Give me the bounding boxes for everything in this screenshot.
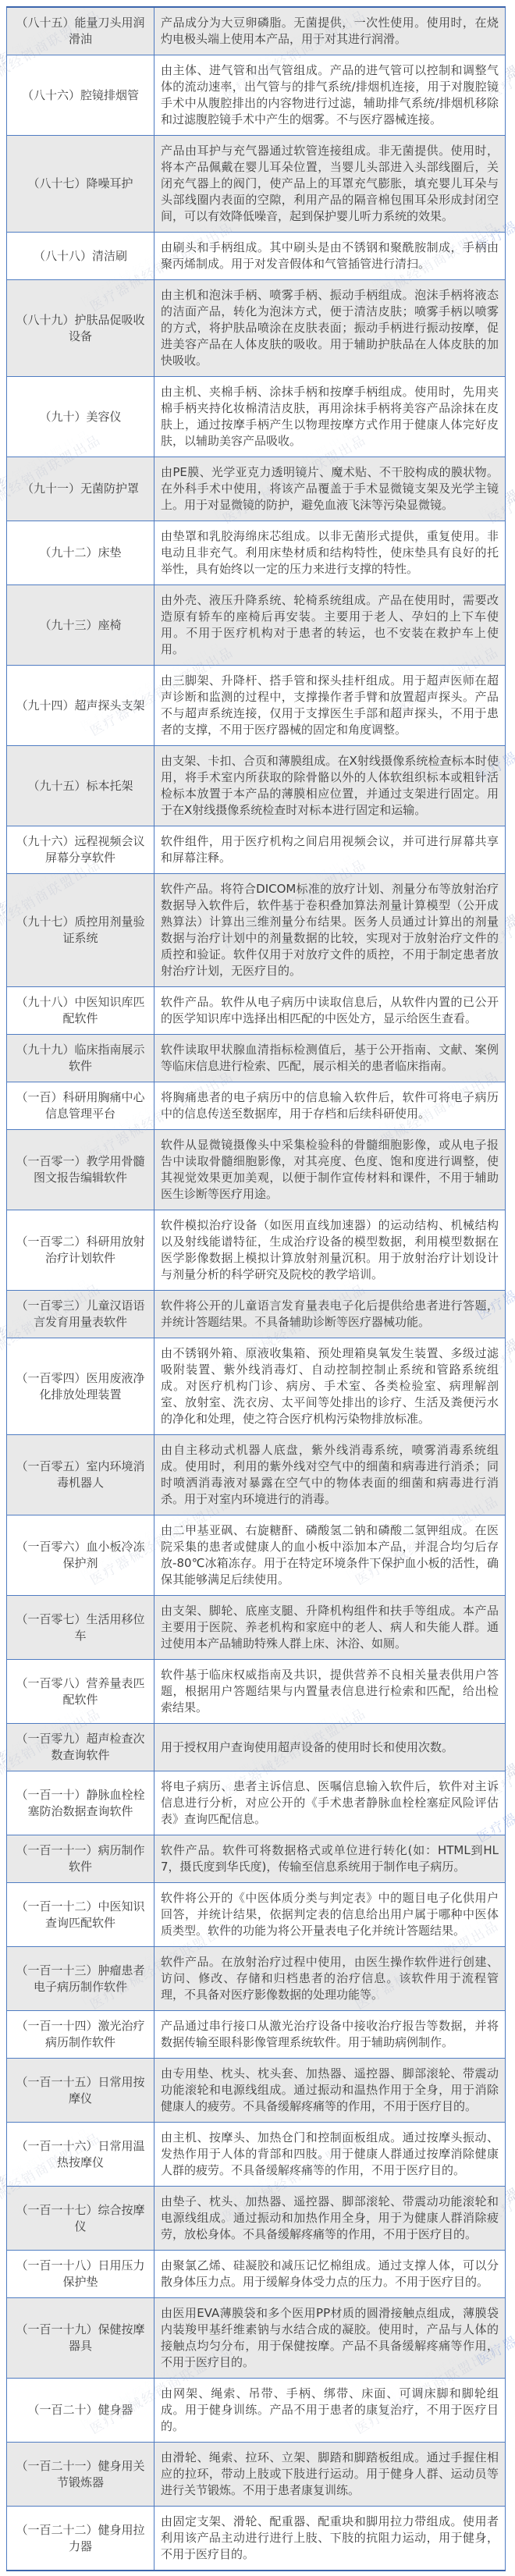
device-description: 软件读取甲状腺血清指标检测值后，基于公开指南、文献、案例等临床信息进行检索、匹配…	[154, 1035, 506, 1082]
device-description: 由垫子、枕头、加热器、遥控器、脚部滚轮、带震动功能滚轮和电源线组成。通过振动和加…	[154, 2187, 506, 2251]
device-name: （八十六）腔镜排烟管	[7, 55, 154, 136]
device-name: （一百一十四）激光治疗病历制作软件	[7, 2011, 154, 2059]
table-row: （一百一十一）病历制作软件 软件产品。软件可将数据格式或单位进行转化(如：HTM…	[7, 1835, 506, 1883]
table-row: （一百零二）科研用放射治疗计划软件 软件模拟治疗设备（如医用直线加速器）的运动结…	[7, 1210, 506, 1291]
table-row: （八十八）清洁刷 由刷头和手柄组成。其中刷头是由不锈钢和聚酰胺制成，手柄由聚丙烯…	[7, 233, 506, 280]
device-name: （八十九）护肤品促吸收设备	[7, 280, 154, 377]
device-name: （一百零三）儿童汉语语言发育用量表软件	[7, 1291, 154, 1338]
table-row: （九十三）座椅 由外壳、液压升降系统、轮椅系统组成。产品在使用时，需要改造原有轿…	[7, 585, 506, 666]
device-name: （一百零二）科研用放射治疗计划软件	[7, 1210, 154, 1291]
table-row: （一百零六）血小板冷冻保护剂 由二甲基亚砜、右旋糖酐、磷酸氢二钠和磷酸二氢钾组成…	[7, 1515, 506, 1596]
device-name: （一百零六）血小板冷冻保护剂	[7, 1515, 154, 1596]
device-description: 由二甲基亚砜、右旋糖酐、磷酸氢二钠和磷酸二氢钾组成。在医院采集的患者或健康人的血…	[154, 1515, 506, 1596]
device-name: （一百一十二）中医知识查询匹配软件	[7, 1883, 154, 1947]
device-description: 用于授权用户查询使用超声设备的使用时长和使用次数。	[154, 1724, 506, 1771]
device-name: （一百一十三）肿瘤患者电子病历制作软件	[7, 1947, 154, 2011]
device-name: （一百一十五）日常用按摩仪	[7, 2059, 154, 2123]
device-description: 软件从显微镜摄像头中采集检验科的骨髓细胞影像，或从电子报告中读取骨髓细胞影像，对…	[154, 1130, 506, 1210]
device-description: 由固定支架、滑轮、配重器、配重块和脚用拉力带组成。使用者利用该产品主动进行进行上…	[154, 2507, 506, 2571]
device-description: 产品通过串行接口从激光治疗设备中接收治疗报告等数据，并将数据传输至眼科影像管理系…	[154, 2011, 506, 2059]
device-description: 由支架、卡扣、合页和薄膜组成。在X射线摄像系统检查标本时使用，将手术室内所获取的…	[154, 746, 506, 826]
table-row: （一百零八）营养量表匹配软件 软件基于临床权威指南及共识，提供营养不良相关量表供…	[7, 1660, 506, 1724]
device-name: （九十八）中医知识库匹配软件	[7, 987, 154, 1035]
device-description: 由网架、绳索、吊带、手柄、绑带、床面、可调床脚和脚轮组成。用于健身训练。产品不用…	[154, 2379, 506, 2443]
device-description: 软件产品。在放射治疗过程中使用，由医生操作软件进行创建、访问、修改、存储和归档患…	[154, 1947, 506, 2011]
device-description: 由自主移动式机器人底盘，紫外线消毒系统，喷雾消毒系统组成。使用时，利用的紫外线对…	[154, 1435, 506, 1515]
table-row: （一百零三）儿童汉语语言发育用量表软件 软件将公开的儿童语言发育量表电子化后提供…	[7, 1291, 506, 1338]
device-name: （九十一）无菌防护罩	[7, 457, 154, 521]
table-row: （八十七）降噪耳护 产品由耳护与充气器通过软管连接组成。非无菌提供。使用时，将本…	[7, 136, 506, 233]
table-row: （一百一十八）日用压力保护垫 由聚氯乙烯、硅凝胶和减压记忆棉组成。通过支撑人体，…	[7, 2251, 506, 2298]
table-row: （一百一十九）保健按摩器具 由医用EVA薄膜袋和多个医用PP材质的圆滑接触点组成…	[7, 2298, 506, 2379]
table-row: （九十二）床垫 由垫罩和乳胶海绵床芯组成。以非无菌形式提供，重复使用。非电动且非…	[7, 521, 506, 585]
table-row: （一百一十二）中医知识查询匹配软件 软件将公开的《中医体质分类与判定表》中的题目…	[7, 1883, 506, 1947]
device-description: 由主机、夹棉手柄、涂抹手柄和按摩手柄组成。使用时，先用夹棉手柄夹持化妆棉清洁皮肤…	[154, 377, 506, 457]
device-name: （一百零九）超声检查次数查询软件	[7, 1724, 154, 1771]
device-description: 由外壳、液压升降系统、轮椅系统组成。产品在使用时，需要改造原有轿车的座椅后再安装…	[154, 585, 506, 666]
device-name: （一百零四）医用废液净化排放处理装置	[7, 1338, 154, 1435]
table-row: （九十四）超声探头支架 由三脚架、升降杆、搭手管和探头挂杆组成。用于超声医师在超…	[7, 666, 506, 746]
document-page: （八十五）能量刀头用润滑油 产品成分为大豆卵磷脂。无菌提供，一次性使用。使用时，…	[0, 0, 515, 2576]
device-name: （一百一十七）综合按摩仪	[7, 2187, 154, 2251]
device-name: （一百零五）室内环境消毒机器人	[7, 1435, 154, 1515]
table-row: （一百一十四）激光治疗病历制作软件 产品通过串行接口从激光治疗设备中接收治疗报告…	[7, 2011, 506, 2059]
device-description: 软件产品。将符合DICOM标准的放疗计划、剂量分布等放射治疗数据导入软件后，软件…	[154, 874, 506, 987]
device-description: 软件将公开的《中医体质分类与判定表》中的题目电子化供用户回答，并统计结果，依据判…	[154, 1883, 506, 1947]
device-name: （一百）科研用胸痛中心信息管理平台	[7, 1082, 154, 1130]
device-name: （一百一十一）病历制作软件	[7, 1835, 154, 1883]
device-name: （九十七）质控用剂量验证系统	[7, 874, 154, 987]
device-name: （一百二十一）健身用关节锻炼器	[7, 2443, 154, 2507]
table-row: （一百零五）室内环境消毒机器人 由自主移动式机器人底盘，紫外线消毒系统，喷雾消毒…	[7, 1435, 506, 1515]
device-name: （九十九）临床指南展示软件	[7, 1035, 154, 1082]
table-row: （八十九）护肤品促吸收设备 由主机和泡沫手柄、喷雾手柄、振动手柄组成。泡沫手柄将…	[7, 280, 506, 377]
device-description: 由垫罩和乳胶海绵床芯组成。以非无菌形式提供，重复使用。非电动且非充气。利用床垫材…	[154, 521, 506, 585]
table-row: （八十六）腔镜排烟管 由主体、进气管和出气管组成。产品的进气管可以控制和调整气体…	[7, 55, 506, 136]
table-row: （一百一十六）日常用温热按摩仪 由主机、按摩头、加热仓门和控制面板组成。通过按摩…	[7, 2123, 506, 2187]
table-row: （一百一十三）肿瘤患者电子病历制作软件 软件产品。在放射治疗过程中使用，由医生操…	[7, 1947, 506, 2011]
table-row: （一百零九）超声检查次数查询软件 用于授权用户查询使用超声设备的使用时长和使用次…	[7, 1724, 506, 1771]
device-description: 软件基于临床权威指南及共识，提供营养不良相关量表供用户答题，根据用户答题结果与内…	[154, 1660, 506, 1724]
table-row: （一百一十七）综合按摩仪 由垫子、枕头、加热器、遥控器、脚部滚轮、带震动功能滚轮…	[7, 2187, 506, 2251]
device-description: 产品由耳护与充气器通过软管连接组成。非无菌提供。使用时，将本产品佩戴在婴儿耳朵位…	[154, 136, 506, 233]
device-name: （九十四）超声探头支架	[7, 666, 154, 746]
table-row: （九十五）标本托架 由支架、卡扣、合页和薄膜组成。在X射线摄像系统检查标本时使用…	[7, 746, 506, 826]
device-name: （九十）美容仪	[7, 377, 154, 457]
device-description: 由支架、脚轮、底座支腿、升降机构组件和扶手等组成。本产品主要用于医院、养老机构和…	[154, 1596, 506, 1660]
device-description: 软件组件，用于医疗机构之间启用视频会议，并可进行屏幕共享和屏幕注释。	[154, 826, 506, 874]
device-description: 由不锈钢外箱、原液收集箱、预处理箱臭氧发生装置、多级过滤吸附装置、紫外线消毒灯、…	[154, 1338, 506, 1435]
device-description: 将胸痛患者的电子病历中的信息输入软件后，软件可将电子病历中的信息传送至数据库，用…	[154, 1082, 506, 1130]
device-name: （一百二十）健身器	[7, 2379, 154, 2443]
table-row: （九十一）无菌防护罩 由PE膜、光学亚克力透明镜片、魔术贴、不干胶构成的膜状物。…	[7, 457, 506, 521]
device-catalog-table: （八十五）能量刀头用润滑油 产品成分为大豆卵磷脂。无菌提供，一次性使用。使用时，…	[6, 6, 506, 2571]
device-description: 由主体、进气管和出气管组成。产品的进气管可以控制和调整气体的流动速率，出气管与的…	[154, 55, 506, 136]
table-row: （一百二十）健身器 由网架、绳索、吊带、手柄、绑带、床面、可调床脚和脚轮组成。用…	[7, 2379, 506, 2443]
device-description: 由刷头和手柄组成。其中刷头是由不锈钢和聚酰胺制成，手柄由聚丙烯制成。用于对发音假…	[154, 233, 506, 280]
device-description: 产品成分为大豆卵磷脂。无菌提供，一次性使用。使用时，在烧灼电极头端上使用本产品，…	[154, 7, 506, 55]
device-name: （一百一十六）日常用温热按摩仪	[7, 2123, 154, 2187]
table-row: （一百二十一）健身用关节锻炼器 由滑轮、绳索、拉环、立架、脚踏和脚踏板组成。通过…	[7, 2443, 506, 2507]
device-description: 软件模拟治疗设备（如医用直线加速器）的运动结构、机械结构以及射线能谱特征，生成治…	[154, 1210, 506, 1291]
device-name: （九十五）标本托架	[7, 746, 154, 826]
device-description: 将电子病历、患者主诉信息、医嘱信息输入软件后，软件对主诉信息进行分析，对应公开的…	[154, 1771, 506, 1835]
device-name: （九十二）床垫	[7, 521, 154, 585]
device-description: 由主机、按摩头、加热仓门和控制面板组成。通过按摩头振动、发热作用于人体的背部和四…	[154, 2123, 506, 2187]
device-name: （八十八）清洁刷	[7, 233, 154, 280]
table-row: （一百零四）医用废液净化排放处理装置 由不锈钢外箱、原液收集箱、预处理箱臭氧发生…	[7, 1338, 506, 1435]
table-row: （八十五）能量刀头用润滑油 产品成分为大豆卵磷脂。无菌提供，一次性使用。使用时，…	[7, 7, 506, 55]
device-name: （一百零一）教学用骨髓图文报告编辑软件	[7, 1130, 154, 1210]
device-name: （九十六）远程视频会议屏幕分享软件	[7, 826, 154, 874]
table-row: （九十六）远程视频会议屏幕分享软件 软件组件，用于医疗机构之间启用视频会议，并可…	[7, 826, 506, 874]
device-description: 软件产品。软件从电子病历中读取信息后，从软件内置的已公开的医学知识库中选择出相匹…	[154, 987, 506, 1035]
device-description: 由PE膜、光学亚克力透明镜片、魔术贴、不干胶构成的膜状物。在外科手术中使用，将该…	[154, 457, 506, 521]
device-name: （一百零八）营养量表匹配软件	[7, 1660, 154, 1724]
device-description: 由三脚架、升降杆、搭手管和探头挂杆组成。用于超声医师在超声诊断和监测的过程中，支…	[154, 666, 506, 746]
device-description: 由滑轮、绳索、拉环、立架、脚踏和脚踏板组成。通过手握住相应的拉环，带动上肢或下肢…	[154, 2443, 506, 2507]
device-description: 由主机和泡沫手柄、喷雾手柄、振动手柄组成。泡沫手柄将液态的洁面产品，转化为泡沫方…	[154, 280, 506, 377]
device-description: 软件将公开的儿童语言发育量表电子化后提供给患者进行答题，并统计答题结果。不具备辅…	[154, 1291, 506, 1338]
device-description: 软件产品。软件可将数据格式或单位进行转化(如：HTML到HL7，摄氏度到华氏度)…	[154, 1835, 506, 1883]
device-description: 由聚氯乙烯、硅凝胶和减压记忆棉组成。通过支撑人体，可以分散身体压力点。用于缓解身…	[154, 2251, 506, 2298]
table-row: （九十九）临床指南展示软件 软件读取甲状腺血清指标检测值后，基于公开指南、文献、…	[7, 1035, 506, 1082]
table-row: （一百一十）静脉血栓栓塞防治数据查询软件 将电子病历、患者主诉信息、医嘱信息输入…	[7, 1771, 506, 1835]
device-description: 由医用EVA薄膜袋和多个医用PP材质的圆滑接触点组成，薄膜袋内装羧甲基纤维素钠与…	[154, 2298, 506, 2379]
table-row: （九十）美容仪 由主机、夹棉手柄、涂抹手柄和按摩手柄组成。使用时，先用夹棉手柄夹…	[7, 377, 506, 457]
table-row: （一百）科研用胸痛中心信息管理平台 将胸痛患者的电子病历中的信息输入软件后，软件…	[7, 1082, 506, 1130]
device-name: （一百零七）生活用移位车	[7, 1596, 154, 1660]
table-row: （一百零七）生活用移位车 由支架、脚轮、底座支腿、升降机构组件和扶手等组成。本产…	[7, 1596, 506, 1660]
device-name: （一百二十二）健身用拉力器	[7, 2507, 154, 2571]
device-name: （一百一十九）保健按摩器具	[7, 2298, 154, 2379]
device-name: （一百一十八）日用压力保护垫	[7, 2251, 154, 2298]
device-name: （一百一十）静脉血栓栓塞防治数据查询软件	[7, 1771, 154, 1835]
table-row: （一百零一）教学用骨髓图文报告编辑软件 软件从显微镜摄像头中采集检验科的骨髓细胞…	[7, 1130, 506, 1210]
device-name: （九十三）座椅	[7, 585, 154, 666]
device-name: （八十七）降噪耳护	[7, 136, 154, 233]
device-table-body: （八十五）能量刀头用润滑油 产品成分为大豆卵磷脂。无菌提供，一次性使用。使用时，…	[7, 7, 506, 2571]
table-row: （一百一十五）日常用按摩仪 由专用垫、枕头、枕头套、加热器、遥控器、脚部滚轮、带…	[7, 2059, 506, 2123]
device-name: （八十五）能量刀头用润滑油	[7, 7, 154, 55]
table-row: （九十八）中医知识库匹配软件 软件产品。软件从电子病历中读取信息后，从软件内置的…	[7, 987, 506, 1035]
device-description: 由专用垫、枕头、枕头套、加热器、遥控器、脚部滚轮、带震动功能滚轮和电源线组成。通…	[154, 2059, 506, 2123]
table-row: （九十七）质控用剂量验证系统 软件产品。将符合DICOM标准的放疗计划、剂量分布…	[7, 874, 506, 987]
